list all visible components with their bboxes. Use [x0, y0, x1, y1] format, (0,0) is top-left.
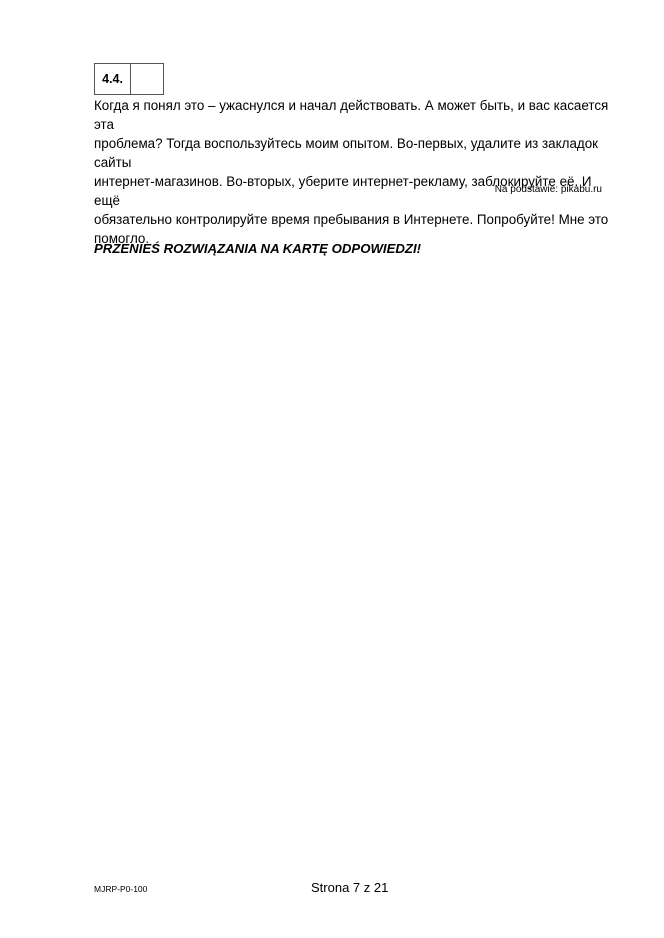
- passage-line: проблема? Тогда воспользуйтесь моим опыт…: [94, 134, 614, 172]
- passage-text: Когда я понял это – ужаснулся и начал де…: [94, 96, 614, 248]
- task-answer-field: [131, 64, 163, 94]
- task-number: 4.4.: [95, 64, 131, 94]
- transfer-instruction: PRZENIEŚ ROZWIĄZANIA NA KARTĘ ODPOWIEDZI…: [94, 241, 421, 256]
- passage-line: Когда я понял это – ужаснулся и начал де…: [94, 96, 614, 134]
- passage-line: обязательно контролируйте время пребыван…: [94, 210, 614, 229]
- exam-code: MJRP-P0-100: [94, 884, 147, 894]
- source-citation: Na podstawie: pikabu.ru: [495, 184, 602, 195]
- task-number-box: 4.4.: [94, 63, 164, 95]
- page-number: Strona 7 z 21: [311, 880, 388, 895]
